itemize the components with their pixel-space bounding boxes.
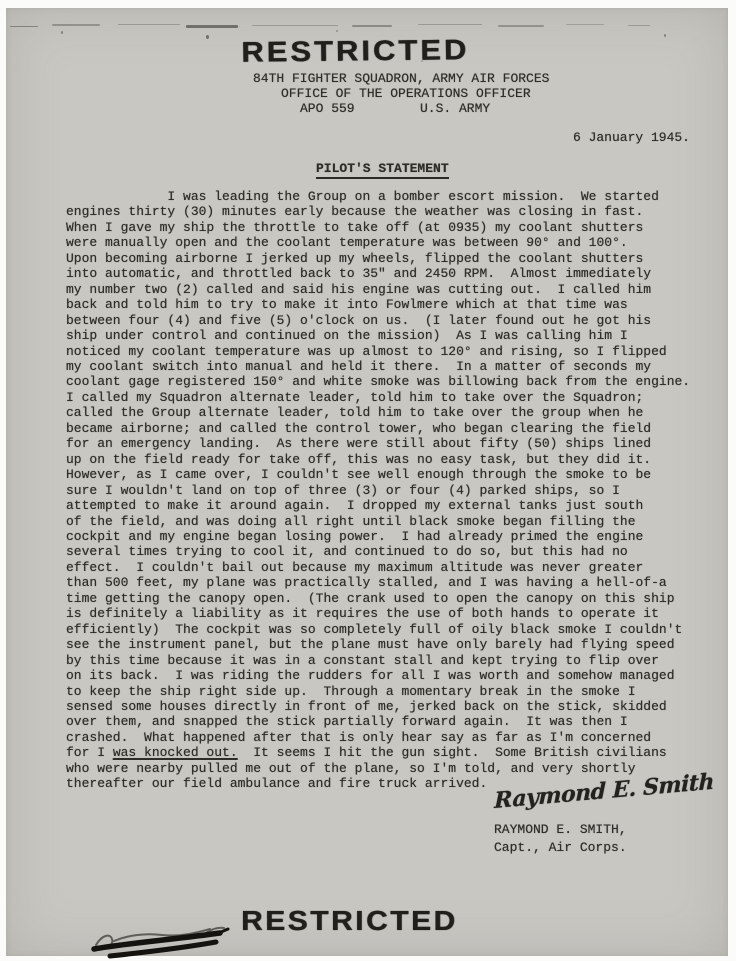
body-line: for I was knocked out. It seems I hit th… (66, 745, 690, 760)
body-line: coolant gage registered 150° and white s… (66, 374, 690, 389)
body-line: sure I wouldn't land on top of three (3)… (66, 483, 690, 498)
body-line: over them, and snapped the stick partial… (66, 714, 690, 729)
scan-artifact-dash (418, 24, 482, 25)
body-line: see the instrument panel, but the plane … (66, 637, 690, 652)
scan-artifact-dash (566, 24, 604, 25)
document-date: 6 January 1945. (573, 130, 690, 145)
scan-artifact-dash (186, 25, 238, 28)
body-line: However, as I came over, I couldn't see … (66, 467, 690, 482)
body-line: When I gave my ship the throttle to take… (66, 220, 690, 235)
body-line: noticed my coolant temperature was up al… (66, 344, 690, 359)
restricted-stamp-top: RESTRICTED (241, 33, 470, 69)
body-line: into automatic, and throttled back to 35… (66, 266, 690, 281)
scan-speck (61, 31, 63, 34)
scan-speck (336, 30, 338, 32)
document-title: PILOT'S STATEMENT (316, 161, 449, 179)
body-line: engines thirty (30) minutes early becaus… (66, 204, 690, 219)
body-line: of the field, and was doing all right un… (66, 514, 690, 529)
scan-artifact-dash (252, 25, 338, 26)
body-line: than 500 feet, my plane was practically … (66, 575, 690, 590)
body-line: cockpit and my engine began losing power… (66, 529, 690, 544)
scan-artifact-dash (628, 25, 650, 26)
body-line: back and told him to try to make it into… (66, 297, 690, 312)
body-line: became airborne; and called the control … (66, 421, 690, 436)
body-line: between four (4) and five (5) o'clock on… (66, 313, 690, 328)
body-line: on its back. I was riding the rudders fo… (66, 668, 690, 683)
signature-typed-rank: Capt., Air Corps. (494, 840, 627, 855)
scan-artifact-dash (498, 25, 544, 27)
scan-speck (664, 34, 666, 37)
body-line: attempted to make it around again. I dro… (66, 498, 690, 513)
body-line: my number two (2) called and said his en… (66, 282, 690, 297)
body-line: sensed some houses directly in front of … (66, 699, 690, 714)
body-line: who were nearby pulled me out of the pla… (66, 761, 690, 776)
letterhead-office: OFFICE OF THE OPERATIONS OFFICER (281, 86, 531, 101)
signature-typed-name: RAYMOND E. SMITH, (494, 822, 627, 837)
scan-artifact-dash (352, 25, 392, 27)
body-line: ship under control and continued on the … (66, 328, 690, 343)
letterhead-unit: 84TH FIGHTER SQUADRON, ARMY AIR FORCES (253, 71, 549, 86)
body-line: several times trying to cool it, and con… (66, 544, 690, 559)
underlined-phrase: was knocked out. (113, 745, 238, 760)
body-line: efficiently) The cockpit was so complete… (66, 622, 690, 637)
scan-speck (206, 35, 209, 39)
body-line: I was leading the Group on a bomber esco… (66, 189, 690, 204)
body-line: were manually open and the coolant tempe… (66, 235, 690, 250)
letterhead-branch: U.S. ARMY (420, 101, 490, 116)
crossed-out-signature (88, 923, 238, 961)
body-line: for an emergency landing. As there were … (66, 436, 690, 451)
body-line: called the Group alternate leader, told … (66, 405, 690, 420)
scan-artifact-dash (10, 26, 38, 27)
body-line: effect. I couldn't bail out because my m… (66, 560, 690, 575)
scanned-document-page: { "document": { "classification_stamp_to… (0, 0, 736, 961)
body-line: crashed. What happened after that is onl… (66, 730, 690, 745)
scan-artifact-dash (52, 24, 100, 26)
scan-artifact-dash (118, 24, 180, 25)
body-line: to keep the ship right side up. Through … (66, 684, 690, 699)
body-line: I called my Squadron alternate leader, t… (66, 390, 690, 405)
body-line: up on the field ready for take off, this… (66, 452, 690, 467)
restricted-stamp-bottom: RESTRICTED (241, 906, 458, 937)
statement-body: I was leading the Group on a bomber esco… (66, 189, 690, 792)
body-line: by this time because it was in a constan… (66, 653, 690, 668)
body-line: Upon becoming airborne I jerked up my wh… (66, 251, 690, 266)
body-line: my coolant switch into manual and held i… (66, 359, 690, 374)
body-line: is definitely a liability as it requires… (66, 606, 690, 621)
body-line: time getting the canopy open. (The crank… (66, 591, 690, 606)
letterhead-apo: APO 559 (300, 101, 355, 116)
